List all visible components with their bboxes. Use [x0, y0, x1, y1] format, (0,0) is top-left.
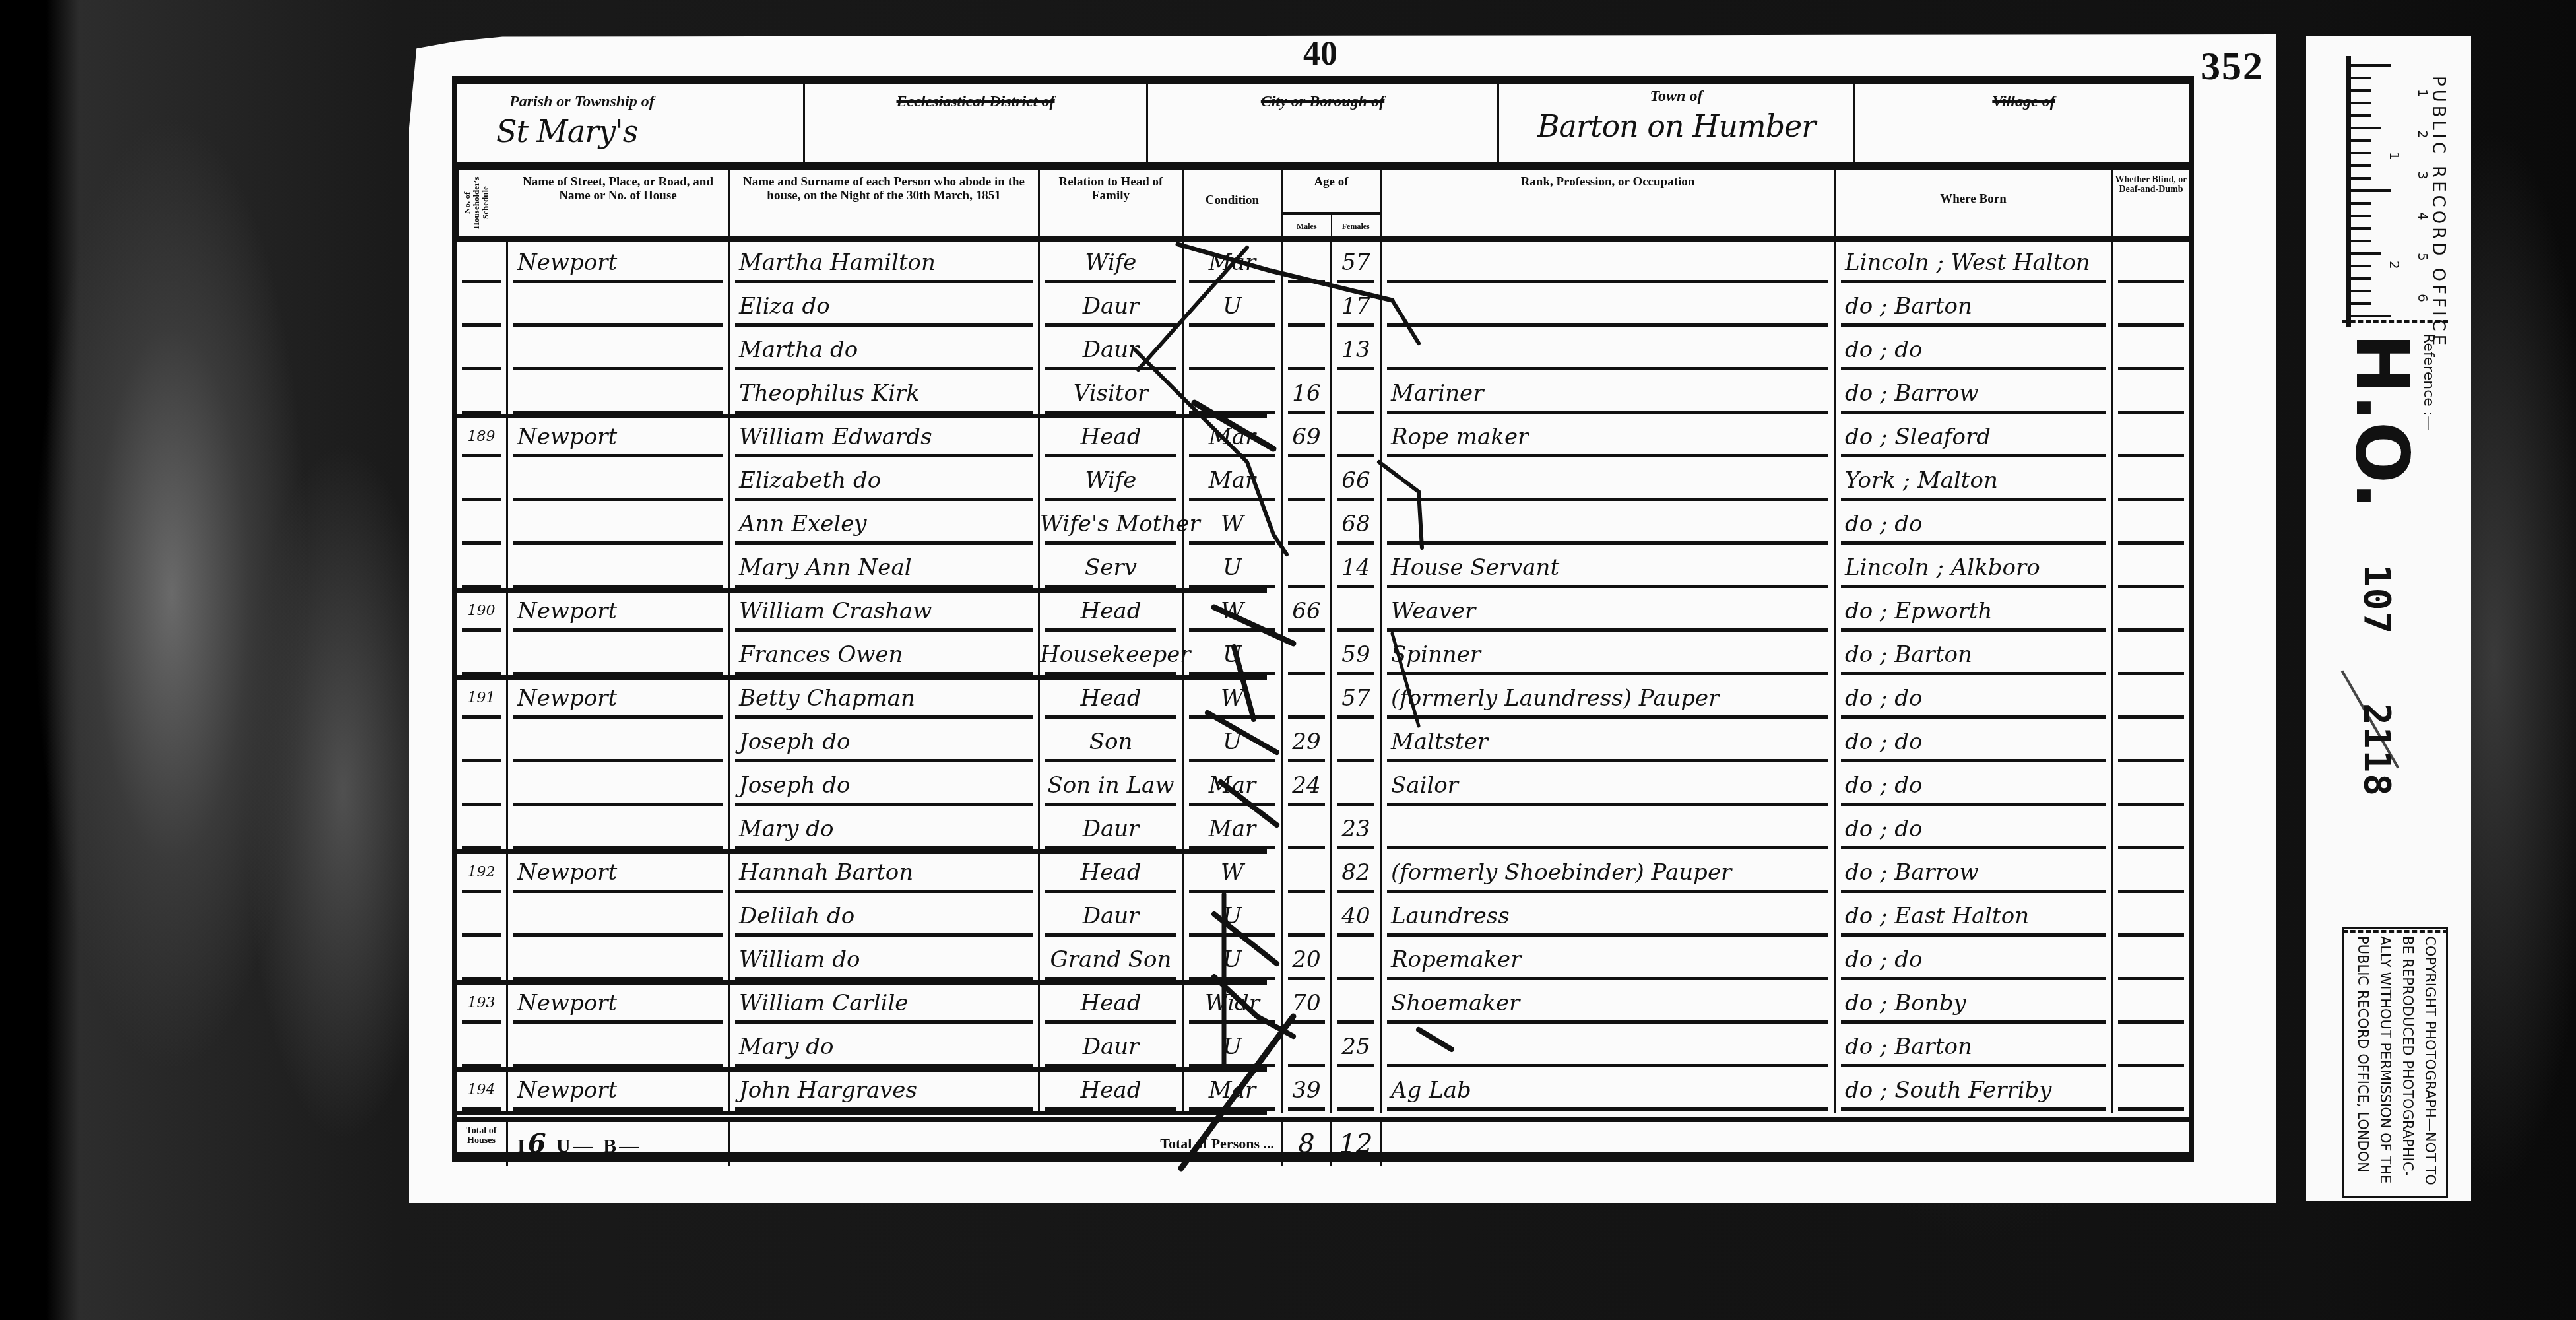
ruler-tick [2351, 214, 2371, 217]
ruled-line [735, 890, 1033, 893]
ruled-line [1841, 498, 2106, 501]
ruled-line [1841, 759, 2106, 762]
ruled-line [1337, 628, 1374, 632]
ruled-line [1841, 715, 2106, 719]
cell-street [508, 634, 730, 678]
cell-born: Lincoln ; Alkboro [1836, 547, 2113, 591]
cell-age-m: 24 [1283, 765, 1332, 808]
born-text: do ; South Ferriby [1845, 1077, 2052, 1104]
cell-relation: Housekeeper [1040, 634, 1184, 678]
col-schedule: No. of Householder's Schedule [457, 170, 508, 236]
ruled-line [1387, 367, 1828, 370]
cell-born: do ; do [1836, 765, 2113, 808]
cell-born: do ; do [1836, 721, 2113, 765]
born-text: Lincoln ; Alkboro [1845, 554, 2040, 581]
cell-age-m [1283, 678, 1332, 721]
relation-text: Housekeeper [1040, 642, 1191, 668]
age-f-text: 66 [1341, 467, 1370, 494]
city-label: City or Borough of [1148, 93, 1497, 111]
ruled-line [1337, 803, 1374, 806]
cell-born: do ; Barton [1836, 634, 2113, 678]
cell-age-f: 82 [1332, 852, 1382, 896]
cell-occupation: Sailor [1382, 765, 1836, 808]
ruled-line [1189, 280, 1275, 283]
parish-label: Parish or Township of [457, 93, 803, 111]
folio-number: 2118 [2356, 703, 2399, 797]
cell-condition: U [1184, 634, 1283, 678]
relation-text: Serv [1085, 554, 1137, 581]
occupation-text: Shoemaker [1391, 990, 1520, 1016]
cell-relation: Serv [1040, 547, 1184, 591]
ruled-line [1189, 803, 1275, 806]
cell-occupation: (formerly Shoebinder) Pauper [1382, 852, 1836, 896]
relation-text: Head [1081, 990, 1142, 1016]
cell-condition: U [1184, 547, 1283, 591]
cell-schedule [457, 896, 508, 939]
age-m-text: 66 [1292, 598, 1320, 624]
cell-schedule: 189 [457, 416, 508, 460]
name-text: Mary do [739, 1034, 834, 1060]
relation-text: Head [1081, 685, 1142, 711]
scale-number-cm: 1 [2415, 89, 2431, 98]
ruled-line [1841, 367, 2106, 370]
ruled-line [1337, 933, 1374, 937]
ruled-line [2118, 846, 2184, 849]
age-m-text: 70 [1292, 990, 1320, 1016]
col-age-males: Males [1283, 214, 1332, 236]
ruled-line [1045, 1020, 1176, 1024]
ruled-line [1337, 585, 1374, 588]
occupation-text: Spinner [1391, 642, 1481, 668]
born-text: do ; do [1845, 729, 1923, 755]
cell-relation: Wife [1040, 242, 1184, 286]
schedule-text: 190 [468, 603, 496, 619]
born-text: Lincoln ; West Halton [1845, 249, 2090, 276]
ruled-line [1189, 933, 1275, 937]
condition-text: U [1223, 1034, 1242, 1060]
ruled-line [2118, 541, 2184, 544]
ruled-line [1337, 498, 1374, 501]
cell-condition [1184, 329, 1283, 373]
cell-street [508, 896, 730, 939]
cell-age-f [1332, 721, 1382, 765]
relation-text: Wife [1085, 249, 1137, 276]
name-text: Eliza do [739, 293, 830, 319]
age-m-text: 20 [1292, 946, 1320, 973]
age-m-text: 39 [1292, 1077, 1320, 1104]
ruled-line [1841, 411, 2106, 414]
cell-blind [2113, 1026, 2189, 1070]
uninhabited-prefix: U [556, 1135, 573, 1157]
born-text: do ; do [1845, 337, 1923, 363]
ruled-line [735, 280, 1033, 283]
cell-condition: Mar [1184, 242, 1283, 286]
cell-street: Newport [508, 852, 730, 896]
ruled-line [1288, 323, 1325, 327]
ruled-line [1387, 890, 1828, 893]
ruled-line [2118, 1064, 2184, 1067]
relation-text: Head [1081, 598, 1142, 624]
cell-street: Newport [508, 983, 730, 1026]
ruled-line [2118, 977, 2184, 980]
cell-born: do ; Epworth [1836, 591, 2113, 634]
cell-born: do ; do [1836, 939, 2113, 983]
cell-relation: Wife's Mother [1040, 504, 1184, 547]
page-number: 352 [2201, 44, 2264, 89]
ruled-line [462, 541, 501, 544]
col-occupation: Rank, Profession, or Occupation [1382, 170, 1836, 236]
cell-age-f [1332, 416, 1382, 460]
cell-relation: Daur [1040, 896, 1184, 939]
ruled-line [1045, 454, 1176, 457]
cell-blind [2113, 896, 2189, 939]
ruled-line [1387, 803, 1828, 806]
ruled-line [735, 323, 1033, 327]
ruled-line [1337, 846, 1374, 849]
col-blind-deaf: Whether Blind, or Deaf-and-Dumb [2113, 170, 2189, 236]
ruled-line [2118, 454, 2184, 457]
relation-text: Daur [1083, 1034, 1140, 1060]
census-row: 192NewportHannah BartonHeadW82(formerly … [457, 852, 2189, 896]
ruler-tick [2351, 265, 2371, 267]
cell-occupation: Spinner [1382, 634, 1836, 678]
ruled-line [1337, 367, 1374, 370]
ruled-line [1337, 672, 1374, 675]
schedule-text: 189 [468, 428, 496, 445]
ruled-line [2118, 628, 2184, 632]
cell-blind [2113, 591, 2189, 634]
cell-condition: W [1184, 852, 1283, 896]
ruler-tick [2351, 240, 2371, 242]
cell-age-m: 29 [1283, 721, 1332, 765]
condition-text: W [1221, 511, 1244, 537]
cell-blind [2113, 242, 2189, 286]
scale-number-inch: 1 [2387, 152, 2402, 160]
cell-occupation [1382, 242, 1836, 286]
ruled-line [513, 280, 723, 283]
occupation-text: Rope maker [1391, 424, 1528, 450]
age-m-text: 69 [1292, 424, 1320, 450]
ecclesiastical-cell: Ecclesiastical District of [805, 84, 1148, 162]
archive-strip-inner: PUBLIC RECORD OFFICE 12345612 H.O. Refer… [2333, 43, 2445, 1178]
occupation-text: Ropemaker [1391, 946, 1521, 973]
cell-occupation: Shoemaker [1382, 983, 1836, 1026]
cell-street: Newport [508, 416, 730, 460]
ruled-line [1841, 280, 2106, 283]
ruled-line [1288, 672, 1325, 675]
relation-text: Daur [1083, 816, 1140, 842]
cell-schedule [457, 242, 508, 286]
col-condition: Condition [1184, 170, 1283, 236]
cell-name: Mary do [730, 808, 1040, 852]
cell-street [508, 1026, 730, 1070]
ruled-line [1841, 541, 2106, 544]
cell-age-m [1283, 460, 1332, 504]
ruled-line [2118, 1107, 2184, 1111]
cell-blind [2113, 721, 2189, 765]
col-age-females: Females [1332, 214, 1380, 236]
condition-text: Mar [1209, 772, 1256, 799]
cell-blind [2113, 373, 2189, 416]
cell-born: do ; Sleaford [1836, 416, 2113, 460]
schedule-text: 192 [468, 864, 496, 880]
total-females: 12 [1332, 1122, 1382, 1166]
cell-age-f: 59 [1332, 634, 1382, 678]
condition-text: U [1223, 729, 1242, 755]
ruled-line [2118, 672, 2184, 675]
folio-stamp: 40 [1303, 34, 1337, 73]
name-text: William do [739, 946, 860, 973]
cell-name: Mary do [730, 1026, 1040, 1070]
census-row: Mary Ann NealServU14House ServantLincoln… [457, 547, 2189, 591]
cell-name: Delilah do [730, 896, 1040, 939]
census-form: Parish or Township of St Mary's Ecclesia… [452, 76, 2194, 1162]
ruled-line [1387, 715, 1828, 719]
cell-occupation [1382, 329, 1836, 373]
ruled-line [513, 323, 723, 327]
ruled-line [1045, 803, 1176, 806]
cell-blind [2113, 678, 2189, 721]
col-street: Name of Street, Place, or Road, and Name… [508, 170, 730, 236]
scale-number-cm: 2 [2415, 130, 2431, 139]
relation-text: Daur [1083, 293, 1140, 319]
ruled-line [1288, 759, 1325, 762]
age-f-text: 23 [1341, 816, 1370, 842]
cell-relation: Head [1040, 852, 1184, 896]
ruled-line [735, 1020, 1033, 1024]
cell-name: William Edwards [730, 416, 1040, 460]
cell-schedule [457, 721, 508, 765]
cell-occupation: Ag Lab [1382, 1070, 1836, 1113]
cell-street [508, 765, 730, 808]
occupation-text: Weaver [1391, 598, 1475, 624]
ruled-line [2118, 890, 2184, 893]
cell-age-f: 66 [1332, 460, 1382, 504]
cell-occupation: Rope maker [1382, 416, 1836, 460]
relation-text: Daur [1083, 903, 1140, 929]
cell-schedule [457, 547, 508, 591]
ruler-tick [2351, 290, 2371, 292]
ruled-line [1189, 541, 1275, 544]
inhabited-prefix: I [517, 1135, 528, 1157]
col-relation: Relation to Head of Family [1040, 170, 1184, 236]
age-f-text: 14 [1341, 554, 1370, 581]
reference-label: Reference :— [2420, 333, 2437, 430]
record-office-title: PUBLIC RECORD OFFICE [2428, 76, 2448, 348]
cell-occupation [1382, 286, 1836, 329]
ruled-line [1387, 454, 1828, 457]
cell-born: do ; do [1836, 329, 2113, 373]
ruled-line [462, 498, 501, 501]
cell-street [508, 286, 730, 329]
cell-blind [2113, 939, 2189, 983]
ruled-line [1288, 890, 1325, 893]
cell-name: William Carlile [730, 983, 1040, 1026]
ruled-line [1337, 280, 1374, 283]
cell-age-m [1283, 504, 1332, 547]
ruled-line [513, 628, 723, 632]
cell-age-m [1283, 852, 1332, 896]
ruled-line [462, 933, 501, 937]
ruled-line [513, 367, 723, 370]
condition-text: W [1221, 859, 1244, 886]
ruler-spine [2346, 56, 2351, 327]
cell-born: York ; Malton [1836, 460, 2113, 504]
condition-text: Mar [1209, 816, 1256, 842]
ruler-tick [2351, 89, 2371, 92]
census-row: 194NewportJohn HargravesHeadMar39Ag Labd… [457, 1070, 2189, 1113]
age-subheaders: Males Females [1283, 212, 1380, 236]
cell-age-f [1332, 939, 1382, 983]
ruled-line [1288, 280, 1325, 283]
cell-occupation: Laundress [1382, 896, 1836, 939]
ruled-line [1387, 1020, 1828, 1024]
relation-text: Wife's Mother [1040, 511, 1200, 537]
ruled-line [735, 715, 1033, 719]
ruled-line [1337, 1107, 1374, 1111]
cell-occupation [1382, 808, 1836, 852]
census-row: Joseph doSonU29Maltsterdo ; do [457, 721, 2189, 765]
condition-text: Mar [1209, 249, 1256, 276]
cell-name: Ann Exeley [730, 504, 1040, 547]
cell-schedule [457, 504, 508, 547]
copyright-line: PUBLIC RECORD OFFICE, LONDON [2355, 936, 2371, 1172]
cell-age-m: 39 [1283, 1070, 1332, 1113]
street-text: Newport [517, 249, 617, 276]
occupation-text: (formerly Shoebinder) Pauper [1391, 859, 1731, 886]
schedule-text: 191 [468, 690, 496, 706]
cell-name: William Crashaw [730, 591, 1040, 634]
relation-text: Daur [1083, 337, 1140, 363]
ruled-line [2118, 280, 2184, 283]
cell-street [508, 504, 730, 547]
cell-blind [2113, 416, 2189, 460]
cell-blind [2113, 504, 2189, 547]
born-text: do ; do [1845, 511, 1923, 537]
cell-occupation [1382, 1026, 1836, 1070]
cell-age-m: 69 [1283, 416, 1332, 460]
census-row: Frances OwenHousekeeperU59Spinnerdo ; Ba… [457, 634, 2189, 678]
ruled-line [1387, 672, 1828, 675]
condition-text: W [1221, 598, 1244, 624]
cell-blind [2113, 983, 2189, 1026]
cell-blind [2113, 852, 2189, 896]
name-text: Betty Chapman [739, 685, 915, 711]
ruled-line [462, 628, 501, 632]
ruled-line [1189, 367, 1275, 370]
cell-condition [1184, 373, 1283, 416]
cell-age-f: 57 [1332, 678, 1382, 721]
total-houses-values: I6 U— B— [508, 1122, 730, 1166]
cell-blind [2113, 329, 2189, 373]
census-row: Mary doDaurMar23do ; do [457, 808, 2189, 852]
ruled-line [462, 890, 501, 893]
name-text: Martha Hamilton [739, 249, 936, 276]
cell-blind [2113, 1070, 2189, 1113]
ruled-line [513, 715, 723, 719]
ruled-line [1337, 323, 1374, 327]
cell-street [508, 373, 730, 416]
occupation-text: Sailor [1391, 772, 1458, 799]
ruled-line [1387, 541, 1828, 544]
relation-text: Wife [1085, 467, 1137, 494]
ruler-tick [2351, 164, 2371, 167]
born-text: do ; Barrow [1845, 859, 1979, 886]
cell-name: Eliza do [730, 286, 1040, 329]
street-text: Newport [517, 859, 617, 886]
cell-age-f: 40 [1332, 896, 1382, 939]
ruled-line [1337, 977, 1374, 980]
census-row: 190NewportWilliam CrashawHeadW66Weaverdo… [457, 591, 2189, 634]
ruler-tick [2351, 102, 2371, 104]
name-text: Frances Owen [739, 642, 903, 668]
town-value: Barton on Humber [1499, 108, 1853, 144]
ruled-line [462, 454, 501, 457]
cell-born: do ; South Ferriby [1836, 1070, 2113, 1113]
census-row: NewportMartha HamiltonWifeMar57Lincoln ;… [457, 242, 2189, 286]
ruler-tick [2351, 127, 2381, 129]
total-males: 8 [1283, 1122, 1332, 1166]
ruled-line [1189, 454, 1275, 457]
cell-age-m [1283, 547, 1332, 591]
occupation-text: (formerly Laundress) Pauper [1391, 685, 1719, 711]
household-separator [457, 1111, 1267, 1115]
cell-occupation: (formerly Laundress) Pauper [1382, 678, 1836, 721]
ruled-line [1045, 367, 1176, 370]
parish-value: St Mary's [457, 114, 803, 149]
town-label: Town of [1499, 88, 1853, 106]
cell-street [508, 721, 730, 765]
ruled-line [1841, 977, 2106, 980]
ruled-line [462, 323, 501, 327]
ruled-line [1045, 541, 1176, 544]
ruled-line [1841, 585, 2106, 588]
cell-relation: Daur [1040, 1026, 1184, 1070]
ruled-line [1387, 759, 1828, 762]
piece-number: 107 [2356, 564, 2399, 635]
scale-number-cm: 5 [2415, 253, 2431, 261]
name-text: Martha do [739, 337, 858, 363]
age-f-text: 57 [1341, 249, 1370, 276]
ruled-line [1337, 541, 1374, 544]
ruled-line [735, 454, 1033, 457]
ruled-line [1288, 1107, 1325, 1111]
age-m-text: 24 [1292, 772, 1320, 799]
ruled-line [2118, 803, 2184, 806]
condition-text: Mar [1209, 467, 1256, 494]
ruled-line [1288, 367, 1325, 370]
ruled-line [2118, 933, 2184, 937]
ruled-line [1841, 933, 2106, 937]
born-text: do ; do [1845, 772, 1923, 799]
total-persons-label: Total of Persons ... [730, 1122, 1283, 1166]
scale-number-cm: 3 [2415, 171, 2431, 180]
condition-text: U [1223, 946, 1242, 973]
cell-schedule [457, 939, 508, 983]
age-m-text: 16 [1292, 380, 1320, 407]
relation-text: Son in Law [1048, 772, 1175, 799]
ruler-tick [2351, 64, 2391, 67]
census-row: Eliza doDaurU17do ; Barton [457, 286, 2189, 329]
condition-text: W [1221, 685, 1244, 711]
cell-blind [2113, 634, 2189, 678]
ruled-line [2118, 1020, 2184, 1024]
cell-age-f [1332, 591, 1382, 634]
ruled-line [735, 933, 1033, 937]
cell-age-m [1283, 896, 1332, 939]
occupation-text: Ag Lab [1391, 1077, 1471, 1104]
ruled-line [2118, 323, 2184, 327]
